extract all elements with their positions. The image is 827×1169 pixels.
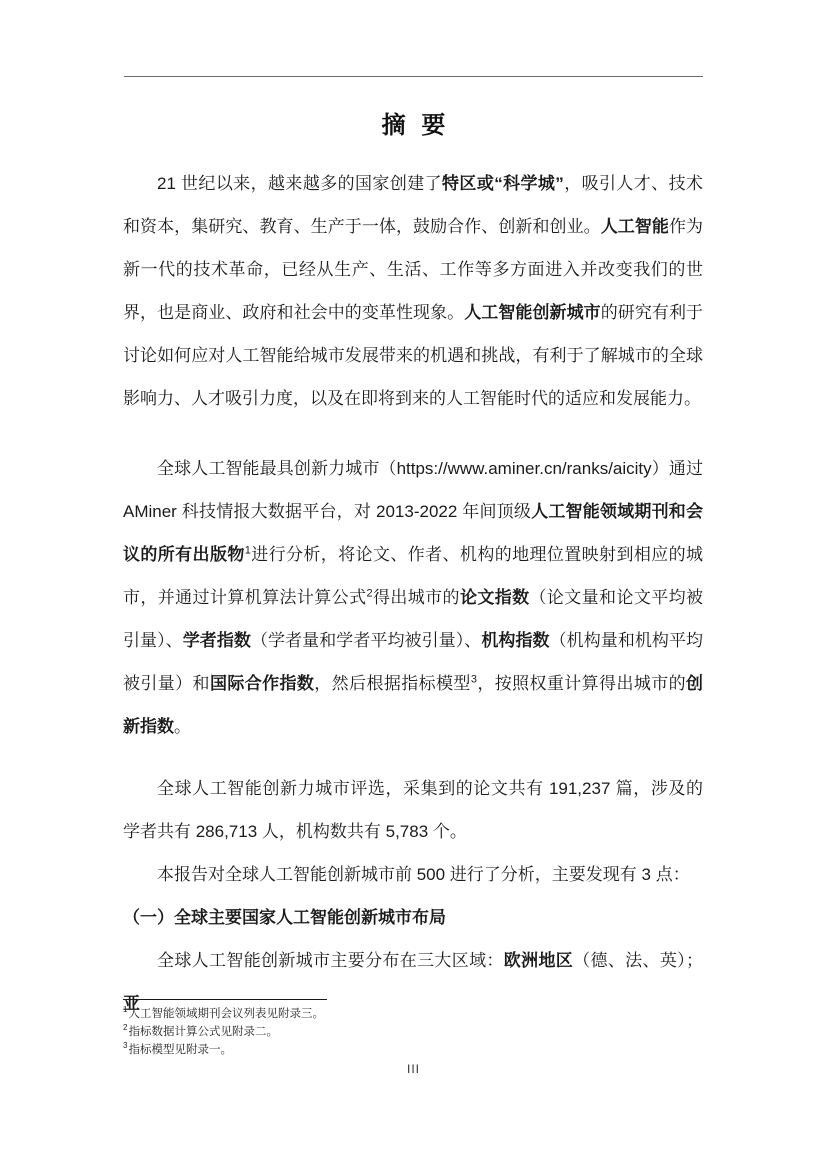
section-heading-1: （一）全球主要国家人工智能创新城市布局 [123,896,703,939]
text-segment: 特区或“科学城” [442,174,564,193]
text-segment: 机构指数 [481,631,549,650]
findings-intro-paragraph: 本报告对全球人工智能创新城市前 500 进行了分析，主要发现有 3 点： [123,853,703,896]
footnote-marker: 1 [123,1005,127,1014]
header-rule [124,76,703,77]
text-segment: 21 世纪以来，越来越多的国家创建了 [157,174,442,193]
text-segment: 人工智能 [601,217,669,236]
text-segment: （德、法、英）； [573,951,703,970]
text-segment: ，然后根据指标模型 [314,674,471,693]
footnote-list: 1人工智能领域期刊会议列表见附录三。2指标数据计算公式见附录二。3指标模型见附录… [123,1005,703,1059]
footnote-text: 指标模型见附录一。 [128,1044,232,1056]
text-segment: 学者指数 [183,631,251,650]
footnote-separator-rule [123,999,327,1000]
document-page: 摘 要 21 世纪以来，越来越多的国家创建了特区或“科学城”，吸引人才、技术和资… [0,0,827,1169]
text-segment: 欧洲地区 [504,951,573,970]
text-segment: 人工智能创新城市 [464,303,600,322]
page-number: III [0,1062,827,1076]
footnote-text: 人工智能领域期刊会议列表见附录三。 [128,1008,324,1020]
footnote-item: 1人工智能领域期刊会议列表见附录三。 [123,1005,703,1023]
footnote-area: 1人工智能领域期刊会议列表见附录三。2指标数据计算公式见附录二。3指标模型见附录… [123,999,703,1059]
methodology-paragraph: 全球人工智能最具创新力城市（https://www.aminer.cn/rank… [123,447,703,748]
footnote-text: 指标数据计算公式见附录二。 [128,1026,278,1038]
footnote-item: 2指标数据计算公式见附录二。 [123,1023,703,1041]
page-title: 摘 要 [0,105,827,140]
statistics-paragraph: 全球人工智能创新力城市评选，采集到的论文共有 191,237 篇，涉及的学者共有… [123,767,703,853]
footnote-marker: 3 [123,1041,127,1050]
text-segment: 。 [174,717,191,736]
intro-paragraph: 21 世纪以来，越来越多的国家创建了特区或“科学城”，吸引人才、技术和资本，集研… [123,162,703,420]
footnote-item: 3指标模型见附录一。 [123,1041,703,1059]
text-segment: 得出城市的 [373,588,460,607]
text-segment: 全球人工智能创新城市主要分布在三大区域： [157,951,504,970]
footnote-marker: 2 [123,1023,127,1032]
text-segment: 国际合作指数 [210,674,314,693]
text-segment: （一）全球主要国家人工智能创新城市布局 [123,908,446,927]
text-segment: 全球人工智能创新力城市评选，采集到的论文共有 191,237 篇，涉及的学者共有… [123,779,703,841]
text-segment: 论文指数 [460,588,530,607]
text-segment: 本报告对全球人工智能创新城市前 500 进行了分析，主要发现有 3 点： [157,865,690,884]
text-segment: ，按照权重计算得出城市的 [477,674,686,693]
body-paragraphs: 21 世纪以来，越来越多的国家创建了特区或“科学城”，吸引人才、技术和资本，集研… [123,162,703,1025]
text-segment: （学者量和学者平均被引量）、 [251,631,481,650]
